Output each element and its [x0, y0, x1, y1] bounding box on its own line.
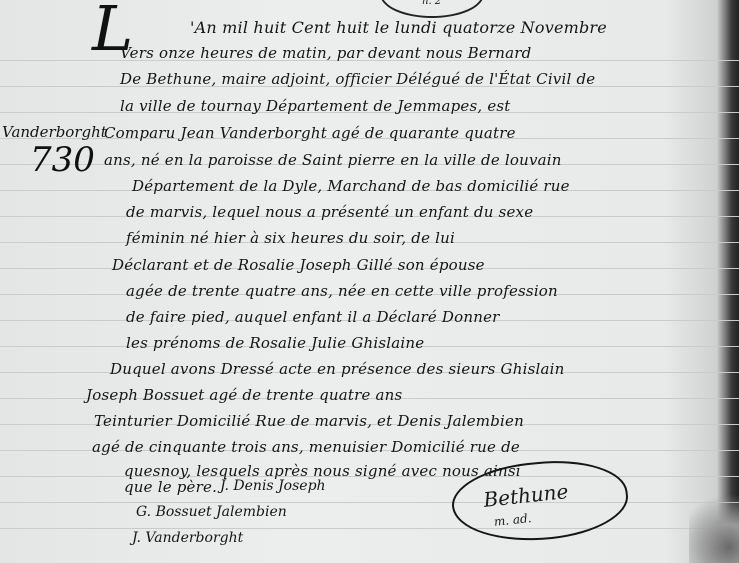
- text-line-5: Comparu Jean Vanderborght agé de quarant…: [104, 124, 516, 142]
- text-line-9: féminin né hier à six heures du soir, de…: [126, 229, 455, 247]
- text-line-12: de faire pied, auquel enfant il a Déclar…: [126, 308, 500, 326]
- top-entry-oval: n. 2: [380, 0, 484, 18]
- act-number: 730: [30, 140, 95, 180]
- top-oval-text: n. 2: [422, 0, 441, 7]
- signature-witness-1: J. Denis Joseph: [220, 478, 326, 494]
- text-line-6: ans, né en la paroisse de Saint pierre e…: [104, 151, 562, 169]
- text-line-17: agé de cinquante trois ans, menuisier Do…: [92, 438, 520, 456]
- text-line-1: 'An mil huit Cent huit le lundi quatorze…: [190, 18, 607, 37]
- text-line-3: De Bethune, maire adjoint, officier Délé…: [120, 70, 595, 88]
- text-line-19: que le père.: [124, 478, 217, 496]
- text-line-16: Teinturier Domicilié Rue de marvis, et D…: [94, 412, 524, 430]
- text-line-10: Déclarant et de Rosalie Joseph Gillé son…: [112, 256, 485, 274]
- signature-witnesses-2: G. Bossuet Jalembien: [136, 504, 287, 520]
- ruled-line: [0, 528, 739, 529]
- text-line-7: Département de la Dyle, Marchand de bas …: [132, 177, 570, 195]
- text-line-15: Joseph Bossuet agé de trente quatre ans: [86, 386, 402, 404]
- text-line-8: de marvis, lequel nous a présenté un enf…: [126, 203, 533, 221]
- text-line-13: les prénoms de Rosalie Julie Ghislaine: [126, 334, 424, 352]
- text-line-2: Vers onze heures de matin, par devant no…: [120, 44, 531, 62]
- page-edge-stain: [689, 483, 739, 563]
- margin-surname: Vanderborght: [2, 123, 107, 141]
- officer-signature-name: Bethune: [482, 479, 569, 512]
- text-line-4: la ville de tournay Département de Jemma…: [120, 97, 511, 115]
- officer-signature-title: m. ad.: [493, 511, 532, 529]
- register-page: n. 2 L Vanderborght 730 'An mil huit Cen…: [0, 0, 739, 563]
- signature-father: J. Vanderborght: [132, 530, 243, 546]
- text-line-14: Duquel avons Dressé acte en présence des…: [110, 360, 564, 378]
- ruled-line: [0, 502, 739, 503]
- text-line-11: agée de trente quatre ans, née en cette …: [126, 282, 558, 300]
